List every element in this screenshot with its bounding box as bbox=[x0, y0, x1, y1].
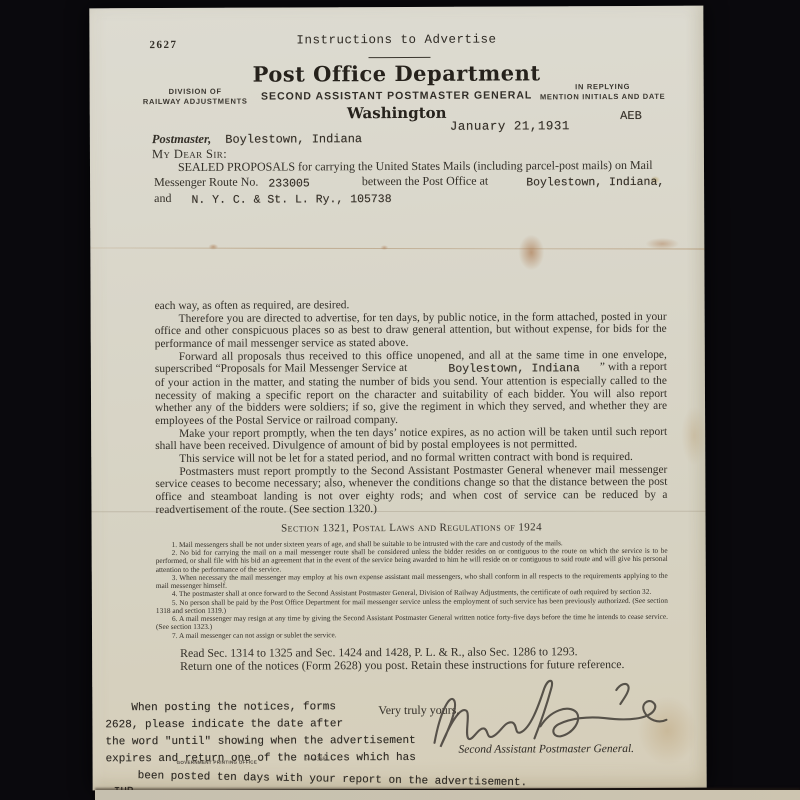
title-underline bbox=[369, 57, 431, 58]
rust-stain bbox=[518, 234, 544, 270]
body-p2-print-a: Forward all proposals thus received to t… bbox=[155, 348, 667, 375]
regulations-list: 1. Mail messengers shall be not under si… bbox=[156, 539, 668, 640]
reply-instructions: IN REPLYING MENTION INITIALS AND DATE bbox=[518, 82, 688, 102]
reply-initials: AEB bbox=[620, 109, 642, 123]
return-instruction-line: Return one of the notices (Form 2628) yo… bbox=[156, 658, 668, 673]
opening-paragraph: SEALED PROPOSALS for carrying the United… bbox=[154, 158, 666, 208]
regulation-item: 2. No bid for carrying the mail on a mai… bbox=[156, 547, 668, 574]
postmaster-label: Postmaster, bbox=[152, 132, 211, 146]
railway-fill: N. Y. C. & St. L. Ry., 105738 bbox=[191, 193, 391, 207]
post-office-fill: Boylestown, Indiana, bbox=[526, 175, 664, 189]
reply-line2: MENTION INITIALS AND DATE bbox=[518, 91, 688, 101]
printing-office-imprint: GOVERNMENT PRINTING OFFICE bbox=[177, 760, 258, 765]
body-paragraph: Forward all proposals thus received to t… bbox=[155, 348, 667, 427]
addressee-row: Postmaster,Boylestown, Indiana bbox=[152, 131, 362, 147]
body-paragraph: Therefore you are directed to advertise,… bbox=[155, 310, 667, 350]
envelope-fill: Boylestown, Indiana bbox=[448, 362, 579, 376]
city-name: Washington bbox=[90, 103, 704, 124]
signer-title: Second Assistant Postmaster General. bbox=[459, 743, 635, 756]
opening-line1: SEALED PROPOSALS for carrying the United… bbox=[154, 158, 666, 175]
body-paragraph: Postmasters must report promptly to the … bbox=[155, 463, 667, 516]
opening-line2: Messenger Route No.233005between the Pos… bbox=[154, 172, 666, 191]
opening-line3-print: and bbox=[154, 191, 171, 205]
postmaster-location: Boylestown, Indiana bbox=[225, 132, 362, 147]
body-paragraph: Make your report promptly, when the ten … bbox=[155, 425, 667, 453]
underlying-sheet-edge bbox=[95, 790, 800, 800]
letter-body: each way, as often as required, are desi… bbox=[155, 298, 669, 673]
regulation-item: 7. A mail messenger can not assign or su… bbox=[156, 629, 668, 639]
route-number-fill: 233005 bbox=[268, 177, 309, 190]
letter-document: 2627 Instructions to Advertise Post Offi… bbox=[89, 6, 706, 791]
opening-line3: andN. Y. C. & St. L. Ry., 105738 bbox=[154, 189, 666, 208]
age-stain bbox=[681, 406, 707, 466]
fold-crease-top bbox=[90, 247, 704, 249]
section-heading: Section 1321, Postal Laws and Regulation… bbox=[156, 521, 668, 536]
letter-date: January 21,1931 bbox=[450, 119, 570, 134]
document-title: Instructions to Advertise bbox=[89, 32, 703, 49]
opening-line2-print1: Messenger Route No. bbox=[154, 174, 258, 188]
print-form-code: 5—4388 bbox=[305, 756, 326, 762]
opening-line2-print2: between the Post Office at bbox=[362, 173, 488, 188]
